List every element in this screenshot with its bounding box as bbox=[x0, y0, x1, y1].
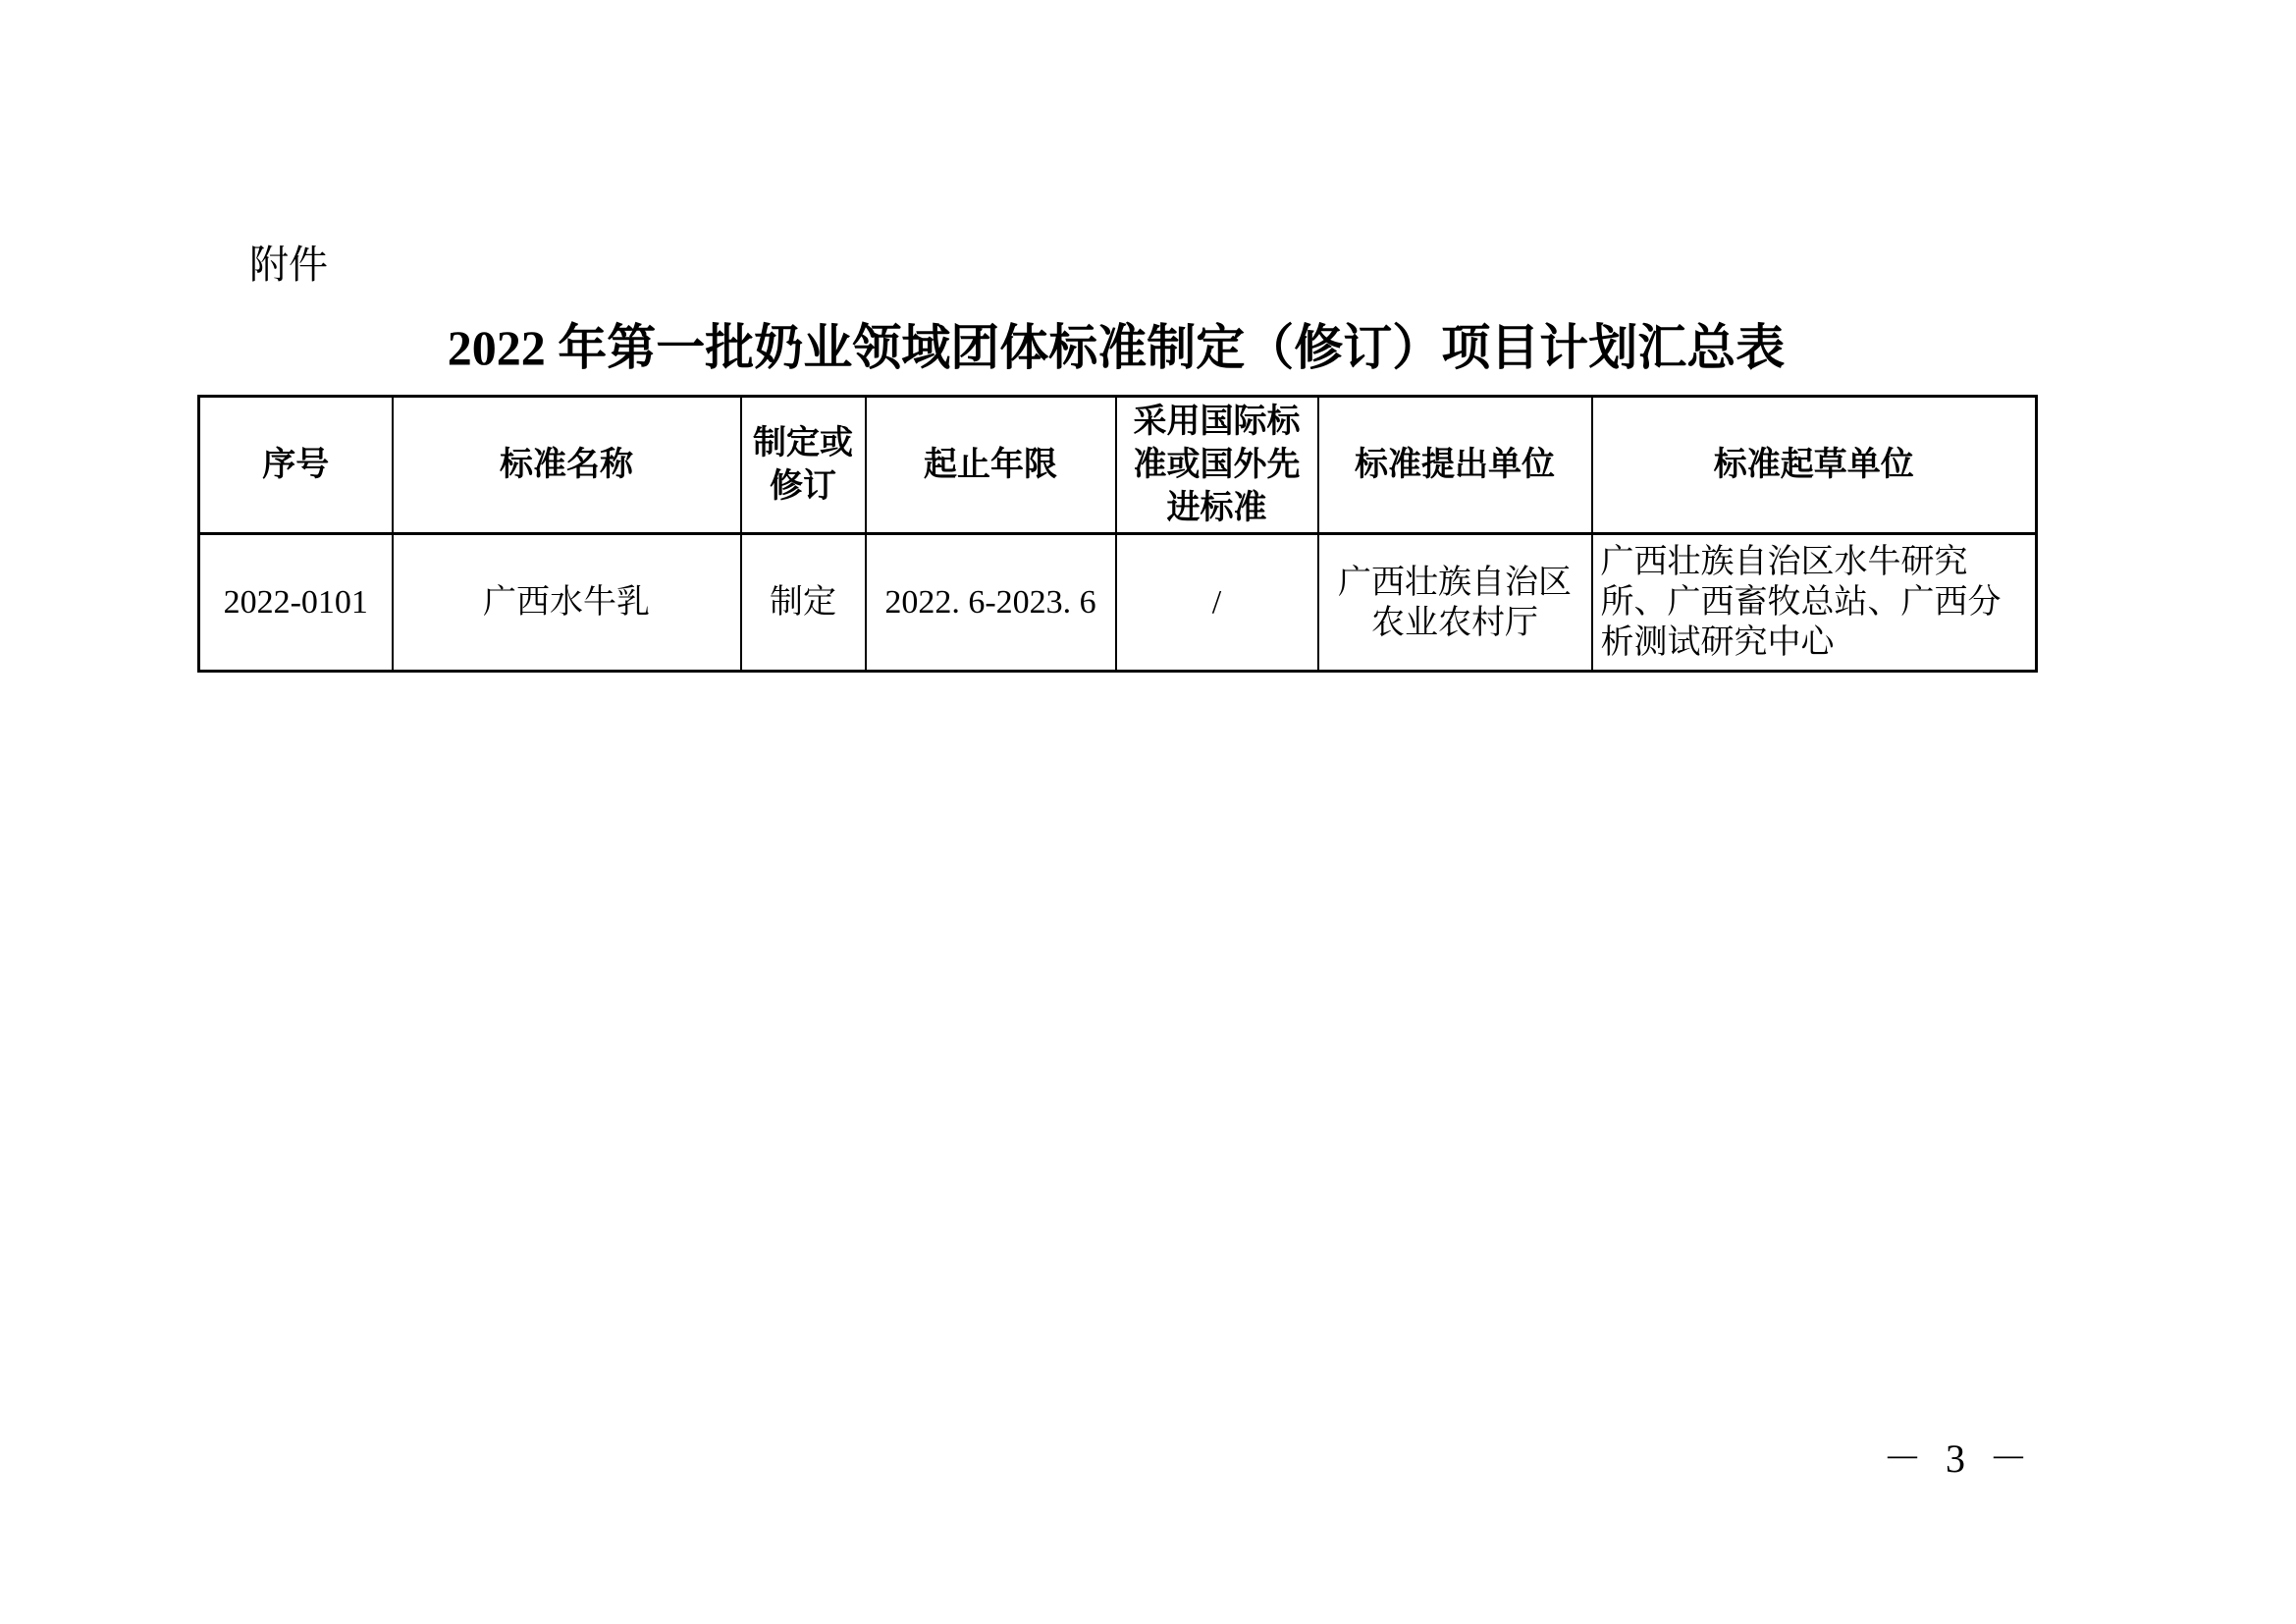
cell-international-standard: / bbox=[1116, 534, 1318, 672]
col-header-drafting-unit: 标准起草单位 bbox=[1592, 397, 2037, 534]
col-header-formulate-or-revise: 制定或修订 bbox=[741, 397, 866, 534]
standards-plan-table: 序号 标准名称 制定或修订 起止年限 采用国际标准或国外先进标准 标准提出单位 … bbox=[197, 395, 2038, 673]
table-row: 2022-0101 广西水牛乳 制定 2022. 6-2023. 6 / 广西壮… bbox=[199, 534, 2037, 672]
col-header-international-standard: 采用国际标准或国外先进标准 bbox=[1116, 397, 1318, 534]
cell-drafting-unit: 广西壮族自治区水牛研究所、广西畜牧总站、广西分析测试研究中心 bbox=[1592, 534, 2037, 672]
cell-proposing-unit: 广西壮族自治区农业农村厅 bbox=[1318, 534, 1592, 672]
col-header-proposing-unit: 标准提出单位 bbox=[1318, 397, 1592, 534]
attachment-label: 附件 bbox=[249, 244, 328, 287]
col-header-time-range: 起止年限 bbox=[866, 397, 1116, 534]
cell-standard-name: 广西水牛乳 bbox=[393, 534, 741, 672]
cell-formulate-or-revise: 制定 bbox=[741, 534, 866, 672]
col-header-standard-name: 标准名称 bbox=[393, 397, 741, 534]
table-header-row: 序号 标准名称 制定或修订 起止年限 采用国际标准或国外先进标准 标准提出单位 … bbox=[199, 397, 2037, 534]
page-title: 2022 年第一批奶业领域团体标准制定（修订）项目计划汇总表 bbox=[197, 320, 2035, 375]
page-number: － 3 － bbox=[1883, 1435, 2028, 1483]
cell-time-range: 2022. 6-2023. 6 bbox=[866, 534, 1116, 672]
cell-serial-number: 2022-0101 bbox=[199, 534, 393, 672]
col-header-serial-number: 序号 bbox=[199, 397, 393, 534]
